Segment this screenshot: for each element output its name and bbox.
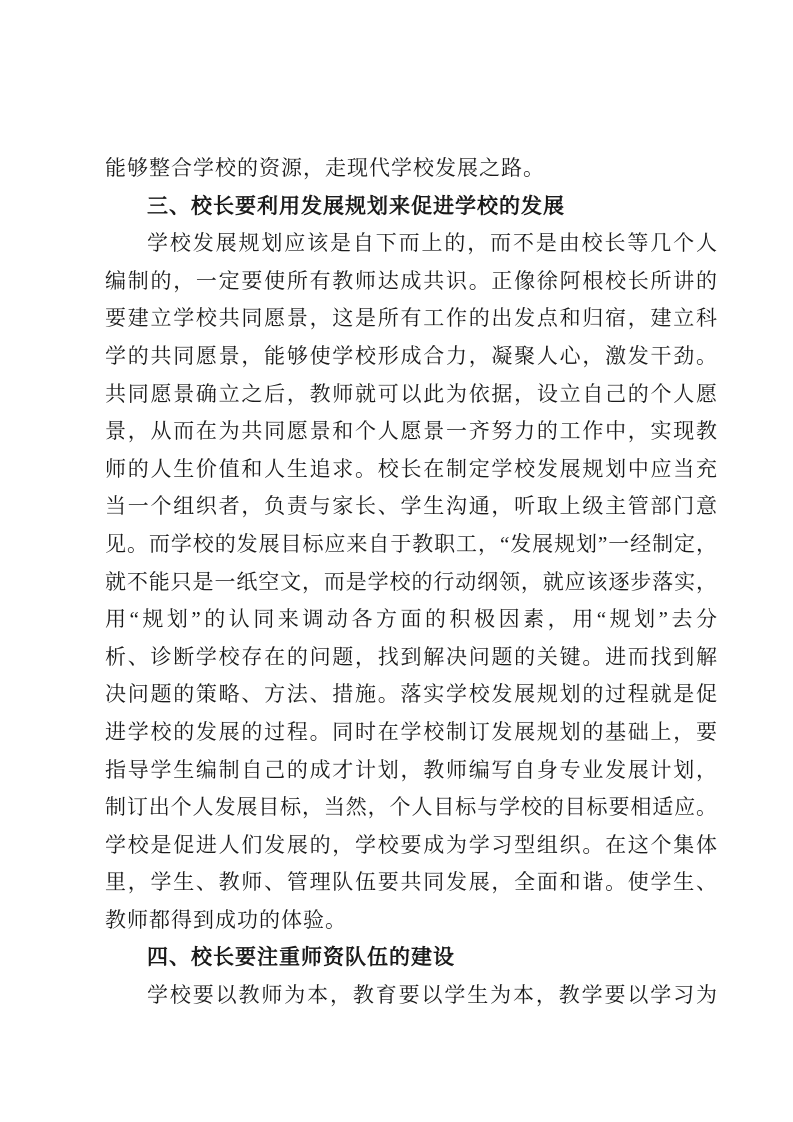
text-line: 用“规划”的认同来调动各方面的积极因素，用“规划”去分 (105, 601, 717, 639)
text-line: 指导学生编制自己的成才计划，教师编写自身专业发展计划， (105, 752, 717, 790)
text-line: 学的共同愿景，能够使学校形成合力，凝聚人心，激发干劲。 (105, 338, 717, 376)
text-line: 进学校的发展的过程。同时在学校制订发展规划的基础上，要 (105, 714, 717, 752)
text-line: 决问题的策略、方法、措施。落实学校发展规划的过程就是促 (105, 676, 717, 714)
text-line: 制订出个人发展目标，当然，个人目标与学校的目标要相适应。 (105, 789, 717, 827)
text-line: 就不能只是一纸空文，而是学校的行动纲领，就应该逐步落实， (105, 564, 717, 602)
text-line: 要建立学校共同愿景，这是所有工作的出发点和归宿，建立科 (105, 300, 717, 338)
text-line: 学校发展规划应该是自下而上的，而不是由校长等几个人 (105, 225, 717, 263)
text-line: 景，从而在为共同愿景和个人愿景一齐努力的工作中，实现教 (105, 413, 717, 451)
text-line: 里，学生、教师、管理队伍要共同发展，全面和谐。使学生、 (105, 864, 717, 902)
heading-line: 三、校长要利用发展规划来促进学校的发展 (105, 188, 717, 226)
text-line: 见。而学校的发展目标应来自于教职工，“发展规划”一经制定， (105, 526, 717, 564)
document-text-block: 能够整合学校的资源，走现代学校发展之路。三、校长要利用发展规划来促进学校的发展学… (105, 150, 717, 1015)
text-line: 学校要以教师为本，教育要以学生为本，教学要以学习为 (105, 977, 717, 1015)
text-line: 学校是促进人们发展的，学校要成为学习型组织。在这个集体 (105, 827, 717, 865)
text-line: 能够整合学校的资源，走现代学校发展之路。 (105, 150, 717, 188)
text-line: 当一个组织者，负责与家长、学生沟通，听取上级主管部门意 (105, 488, 717, 526)
text-line: 师的人生价值和人生追求。校长在制定学校发展规划中应当充 (105, 451, 717, 489)
heading-line: 四、校长要注重师资队伍的建设 (105, 939, 717, 977)
document-page: 能够整合学校的资源，走现代学校发展之路。三、校长要利用发展规划来促进学校的发展学… (0, 0, 793, 1122)
text-line: 析、诊断学校存在的问题，找到解决问题的关键。进而找到解 (105, 639, 717, 677)
text-line: 教师都得到成功的体验。 (105, 902, 717, 940)
text-line: 共同愿景确立之后，教师就可以此为依据，设立自己的个人愿 (105, 376, 717, 414)
text-line: 编制的，一定要使所有教师达成共识。正像徐阿根校长所讲的 (105, 263, 717, 301)
